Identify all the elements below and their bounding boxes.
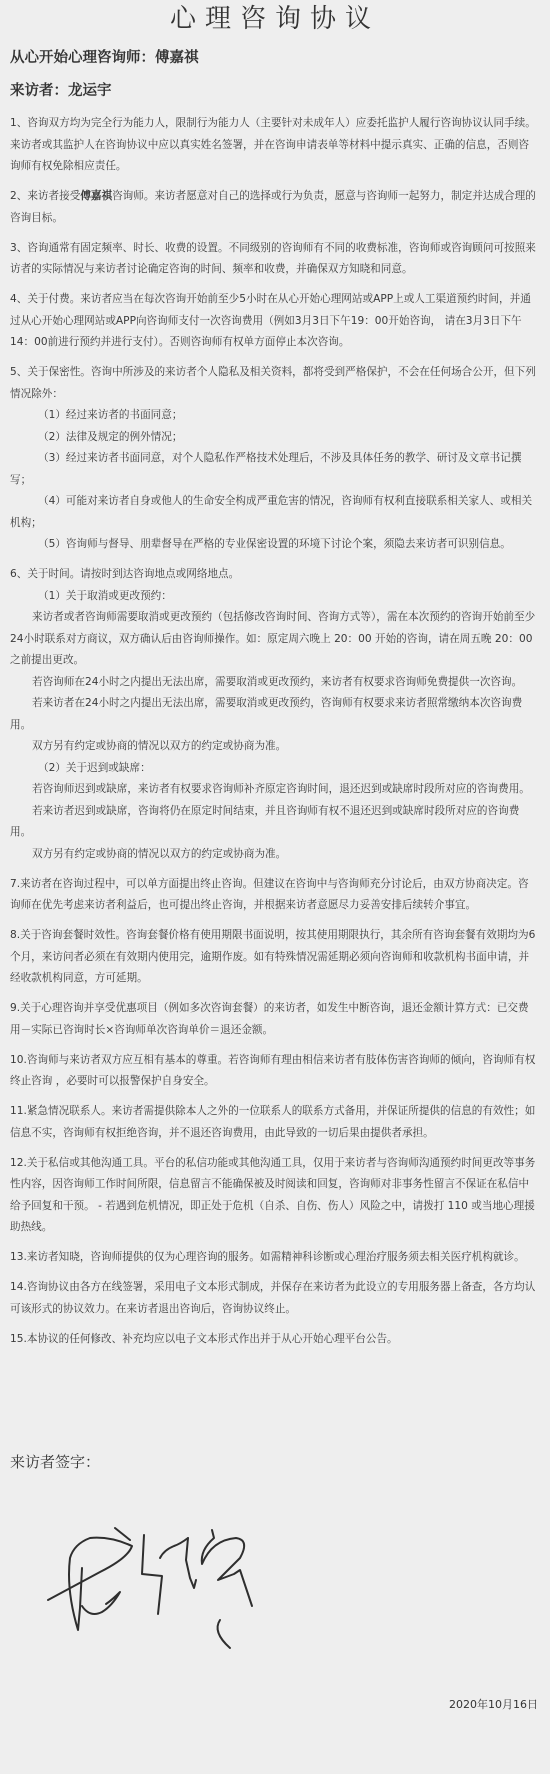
- clause-text: 4、关于付费。来访者应当在每次咨询开始前至少5小时在从心开始心理网站或APP上或…: [10, 289, 538, 354]
- clause-1: 1、咨询双方均为完全行为能力人，限制行为能力人（主要针对未成年人）应委托监护人履…: [10, 113, 538, 178]
- sub-heading: （1）关于取消或更改预约：: [10, 586, 538, 608]
- clause-8: 8.关于咨询套餐时效性。咨询套餐价格有使用期限书面说明，按其使用期限执行，其余所…: [10, 925, 538, 990]
- clause-2: 2、来访者接受傅嘉祺咨询师。来访者愿意对自己的选择或行为负责，愿意与咨询师一起努…: [10, 186, 538, 229]
- signature-date: 2020年10月16日: [449, 1697, 538, 1713]
- sub-paragraph: 来访者或者咨询师需要取消或更改预约（包括修改咨询时间、咨询方式等），需在本次预约…: [10, 607, 538, 672]
- clause-text: 12.关于私信或其他沟通工具。平台的私信功能或其他沟通工具，仅用于来访者与咨询师…: [10, 1153, 538, 1239]
- visitor-line: 来访者：龙运宇: [10, 81, 112, 101]
- sub-paragraph: 若来访者在24小时之内提出无法出席，需要取消或更改预约，咨询师有权要求来访者照常…: [10, 693, 538, 736]
- clause-text: 3、咨询通常有固定频率、时长、收费的设置。不同级别的咨询师有不同的收费标准，咨询…: [10, 238, 538, 281]
- sub-paragraph: 若咨询师在24小时之内提出无法出席，需要取消或更改预约，来访者有权要求咨询师免费…: [10, 672, 538, 694]
- clause-12: 12.关于私信或其他沟通工具。平台的私信功能或其他沟通工具，仅用于来访者与咨询师…: [10, 1153, 538, 1239]
- sub-item: （2）法律及规定的例外情况；: [10, 427, 538, 449]
- signature-label: 来访者签字：: [10, 1451, 100, 1473]
- sub-paragraph: 双方另有约定或协商的情况以双方的约定或协商为准。: [10, 844, 538, 866]
- clause-text: 1、咨询双方均为完全行为能力人，限制行为能力人（主要针对未成年人）应委托监护人履…: [10, 113, 538, 178]
- counselor-name-inline: 傅嘉祺: [80, 190, 112, 202]
- sub-paragraph: 双方另有约定或协商的情况以双方的约定或协商为准。: [10, 736, 538, 758]
- clause-2-prefix: 2、来访者接受: [10, 190, 80, 202]
- clause-text: 9.关于心理咨询并享受优惠项目（例如多次咨询套餐）的来访者，如发生中断咨询，退还…: [10, 998, 538, 1041]
- clause-text: 13.来访者知晓，咨询师提供的仅为心理咨询的服务。如需精神科诊断或心理治疗服务须…: [10, 1247, 538, 1269]
- clause-text: 6、关于时间。请按时到达咨询地点或网络地点。: [10, 564, 538, 586]
- sub-paragraph: 若来访者迟到或缺席，咨询将仍在原定时间结束，并且咨询师有权不退还迟到或缺席时段所…: [10, 801, 538, 844]
- clause-text: 2、来访者接受傅嘉祺咨询师。来访者愿意对自己的选择或行为负责，愿意与咨询师一起努…: [10, 186, 538, 229]
- clause-5: 5、关于保密性。咨询中所涉及的来访者个人隐私及相关资料，都将受到严格保护，不会在…: [10, 362, 538, 556]
- counselor-line: 从心开始心理咨询师：傅嘉祺: [10, 48, 199, 68]
- sub-heading: （2）关于迟到或缺席：: [10, 758, 538, 780]
- sub-item: （3）经过来访者书面同意，对个人隐私作严格技术处理后，不涉及具体任务的教学、研讨…: [10, 448, 538, 491]
- clause-text: 11.紧急情况联系人。来访者需提供除本人之外的一位联系人的联系方式备用，并保证所…: [10, 1101, 538, 1144]
- clause-6: 6、关于时间。请按时到达咨询地点或网络地点。 （1）关于取消或更改预约： 来访者…: [10, 564, 538, 865]
- sub-paragraph: 若咨询师迟到或缺席，来访者有权要求咨询师补齐原定咨询时间，退还迟到或缺席时段所对…: [10, 779, 538, 801]
- sub-item: （1）经过来访者的书面同意；: [10, 405, 538, 427]
- signature-image: [40, 1500, 280, 1660]
- clause-text: 5、关于保密性。咨询中所涉及的来访者个人隐私及相关资料，都将受到严格保护，不会在…: [10, 362, 538, 405]
- clause-15: 15.本协议的任何修改、补充均应以电子文本形式作出并于从心开始心理平台公告。: [10, 1329, 538, 1351]
- clause-text: 15.本协议的任何修改、补充均应以电子文本形式作出并于从心开始心理平台公告。: [10, 1329, 538, 1351]
- clause-10: 10.咨询师与来访者双方应互相有基本的尊重。若咨询师有理由相信来访者有肢体伤害咨…: [10, 1050, 538, 1093]
- sub-item: （5）咨询师与督导、朋辈督导在严格的专业保密设置的环境下讨论个案，须隐去来访者可…: [10, 534, 538, 556]
- page-title: 心理咨询协议: [0, 2, 550, 36]
- clause-4: 4、关于付费。来访者应当在每次咨询开始前至少5小时在从心开始心理网站或APP上或…: [10, 289, 538, 354]
- clause-text: 10.咨询师与来访者双方应互相有基本的尊重。若咨询师有理由相信来访者有肢体伤害咨…: [10, 1050, 538, 1093]
- clause-text: 8.关于咨询套餐时效性。咨询套餐价格有使用期限书面说明，按其使用期限执行，其余所…: [10, 925, 538, 990]
- sub-item: （4）可能对来访者自身或他人的生命安全构成严重危害的情况，咨询师有权利直接联系相…: [10, 491, 538, 534]
- agreement-body: 1、咨询双方均为完全行为能力人，限制行为能力人（主要针对未成年人）应委托监护人履…: [10, 113, 538, 1359]
- clause-3: 3、咨询通常有固定频率、时长、收费的设置。不同级别的咨询师有不同的收费标准，咨询…: [10, 238, 538, 281]
- clause-7: 7.来访者在咨询过程中，可以单方面提出终止咨询。但建议在咨询中与咨询师充分讨论后…: [10, 874, 538, 917]
- clause-14: 14.咨询协议由各方在线签署，采用电子文本形式制成，并保存在来访者为此设立的专用…: [10, 1277, 538, 1320]
- clause-9: 9.关于心理咨询并享受优惠项目（例如多次咨询套餐）的来访者，如发生中断咨询，退还…: [10, 998, 538, 1041]
- clause-11: 11.紧急情况联系人。来访者需提供除本人之外的一位联系人的联系方式备用，并保证所…: [10, 1101, 538, 1144]
- clause-text: 7.来访者在咨询过程中，可以单方面提出终止咨询。但建议在咨询中与咨询师充分讨论后…: [10, 874, 538, 917]
- clause-13: 13.来访者知晓，咨询师提供的仅为心理咨询的服务。如需精神科诊断或心理治疗服务须…: [10, 1247, 538, 1269]
- clause-text: 14.咨询协议由各方在线签署，采用电子文本形式制成，并保存在来访者为此设立的专用…: [10, 1277, 538, 1320]
- agreement-page: 心理咨询协议 从心开始心理咨询师：傅嘉祺 来访者：龙运宇 1、咨询双方均为完全行…: [0, 0, 550, 1774]
